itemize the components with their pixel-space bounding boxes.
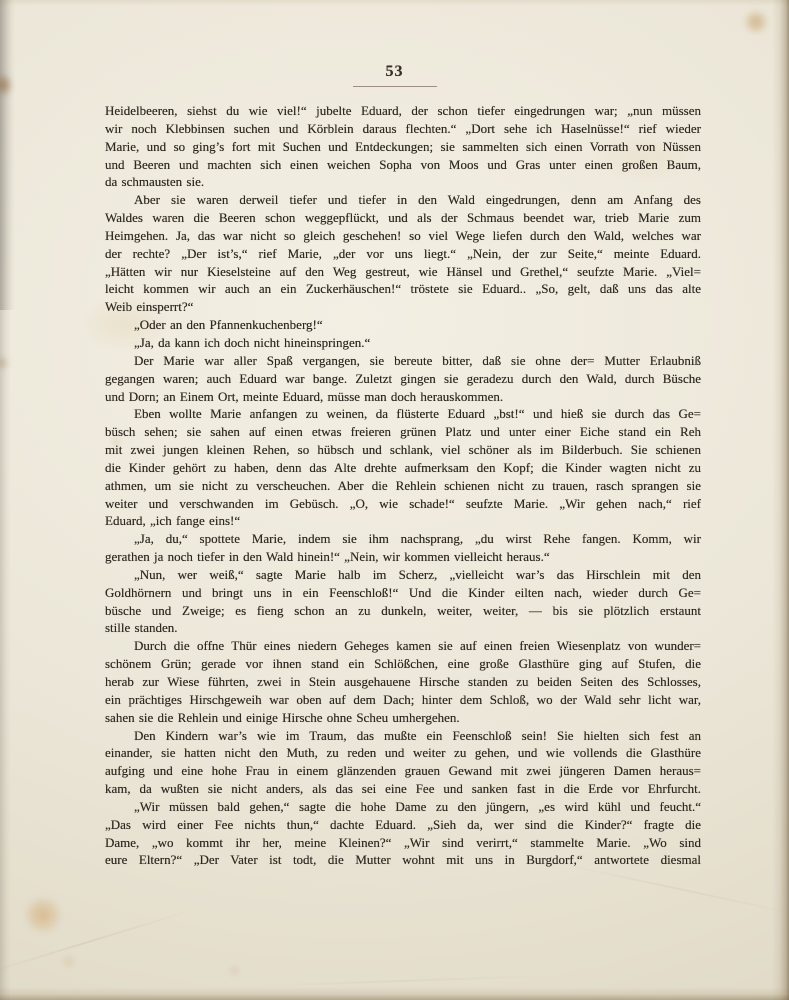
foxing-stain [25,898,61,932]
text-line: Weib einsperrt?“ [105,298,701,316]
paper-crease [552,861,789,917]
text-line: stille standen. [105,619,701,637]
text-line: Goldhörnern und bringt uns in ein Feensc… [105,584,701,602]
paragraph: Der Marie war aller Spaß vergangen, sie … [105,352,701,406]
text-line: der rechte? „Der ist’s,“ rief Marie, „de… [105,245,701,263]
book-page: 53 Heidelbeeren, siehst du wie viel!“ ju… [0,0,789,1000]
text-line: büsche und Zweige; es fieng schon an zu … [105,602,701,620]
text-line: „Wir müssen bald gehen,“ sagte die hohe … [105,798,701,816]
text-line: mit zwei jungen kleinen Rehen, so hübsch… [105,441,701,459]
page-binding-shadow [0,0,15,310]
text-line: und Dorn; an Einem Ort, meinte Eduard, m… [105,388,701,406]
text-line: Der Marie war aller Spaß vergangen, sie … [105,352,701,370]
text-line: Heidelbeeren, siehst du wie viel!“ jubel… [105,102,701,120]
text-line: Waldes waren die Beeren schon weggepflüc… [105,209,701,227]
foxing-stain [0,356,8,370]
text-line: einander, sie hatten nicht den Muth, zu … [105,744,701,762]
paragraph: Durch die offne Thür eines niedern Geheg… [105,637,701,726]
paragraph: „Wir müssen bald gehen,“ sagte die hohe … [105,798,701,869]
text-line: „Ja, da kann ich doch nicht hineinspring… [105,334,701,352]
text-line: eure Eltern?“ „Der Vater ist todt, die M… [105,851,701,869]
text-line: aufging und eine hohe Frau in einem glän… [105,762,701,780]
text-line: „Nun, wer weiß,“ sagte Marie halb im Sch… [105,566,701,584]
text-line: büsch sehen; sie sahen auf einen etwas f… [105,423,701,441]
page-edge-left [0,0,11,1000]
paragraph: „Ja, du,“ spottete Marie, indem sie ihm … [105,530,701,566]
paragraph: Den Kindern war’s wie im Traum, das mußt… [105,727,701,798]
text-line: gerathen ja noch tiefer in den Wald hine… [105,548,701,566]
text-line: athmen, um sie nicht zu verscheuchen. Ab… [105,477,701,495]
page-edge-right [772,0,789,1000]
page-edge-top [0,0,789,6]
paragraph: „Nun, wer weiß,“ sagte Marie halb im Sch… [105,566,701,637]
page-number-rule [353,86,437,87]
text-line: herab zur Wiese führten, zwei in Stein a… [105,673,701,691]
text-line: wir noch Klebbinsen suchen und Körblein … [105,120,701,138]
text-line: „Ja, du,“ spottete Marie, indem sie ihm … [105,530,701,548]
page-edge-bottom [0,987,789,1000]
text-line: ein prächtiges Hirschgeweih war oben auf… [105,691,701,709]
paper-crease [250,975,550,987]
page-header: 53 [0,63,789,87]
text-line: Marie, und so ging’s fort mit Suchen und… [105,138,701,156]
text-line: kam, da wußten sie nicht anders, als das… [105,780,701,798]
text-line: leicht kommen wir auch an ein Zuckerhäus… [105,280,701,298]
paragraph: Eben wollte Marie anfangen zu weinen, da… [105,405,701,530]
paragraph: Heidelbeeren, siehst du wie viel!“ jubel… [105,102,701,191]
text-line: gegangen waren; auch Eduard war bange. Z… [105,370,701,388]
paragraph: „Ja, da kann ich doch nicht hineinspring… [105,334,701,352]
text-line: „Das wird einer Fee nichts thun,“ dachte… [105,816,701,834]
text-line: Aber sie waren derweil tiefer und tiefer… [105,191,701,209]
page-number: 53 [0,63,789,81]
text-line: Dame, „wo kommt ihr her, meine Kleinen?“… [105,834,701,852]
foxing-stain [744,11,768,33]
text-line: weiter und verschwanden im Gebüsch. „O, … [105,495,701,513]
text-line: da schmausten sie. [105,173,701,191]
text-line: Eben wollte Marie anfangen zu weinen, da… [105,405,701,423]
text-line: schönem Grün; gerade vor ihnen stand ein… [105,655,701,673]
text-line: und Beeren und machten sich einen weiche… [105,156,701,174]
foxing-stain [62,956,75,967]
text-line: Heimgehen. Ja, das war nicht so gleich g… [105,227,701,245]
text-line: Durch die offne Thür eines niedern Geheg… [105,637,701,655]
paragraph: „Oder an den Pfannenkuchenberg!“ [105,316,701,334]
text-line: „Hätten wir nur Kieselsteine auf den Weg… [105,263,701,281]
text-line: sahen sie die Rehlein und einige Hirsche… [105,709,701,727]
text-line: „Oder an den Pfannenkuchenberg!“ [105,316,701,334]
paragraph: Aber sie waren derweil tiefer und tiefer… [105,191,701,316]
paper-crease [0,908,195,977]
text-line: die Kinder gehört zu haben, denn das Alt… [105,459,701,477]
text-line: Eduard, „ich fange eins!“ [105,512,701,530]
text-block: Heidelbeeren, siehst du wie viel!“ jubel… [105,102,701,869]
text-line: Den Kindern war’s wie im Traum, das mußt… [105,727,701,745]
foxing-stain [230,966,239,975]
